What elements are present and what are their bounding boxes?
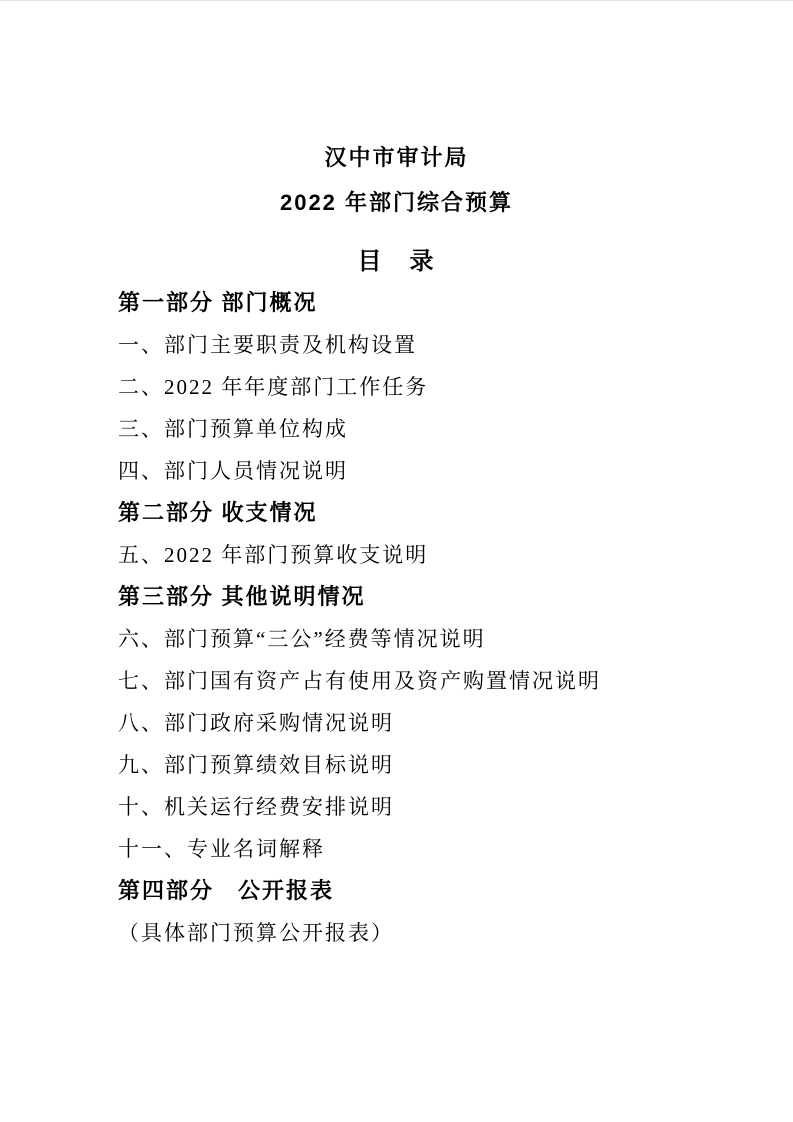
toc-entry: 十、机关运行经费安排说明 xyxy=(118,786,753,828)
toc-section-heading: 第四部分 公开报表 xyxy=(118,870,753,912)
toc-entry: （具体部门预算公开报表） xyxy=(118,912,753,954)
document-page: 汉中市审计局 2022 年部门综合预算 目 录 第一部分 部门概况 一、部门主要… xyxy=(0,0,793,1122)
toc-section-heading: 第三部分 其他说明情况 xyxy=(118,576,753,618)
toc-entry: 六、部门预算“三公”经费等情况说明 xyxy=(118,618,753,660)
toc-entry: 三、部门预算单位构成 xyxy=(118,408,753,450)
toc-entry: 四、部门人员情况说明 xyxy=(118,450,753,492)
toc-entry: 十一、专业名词解释 xyxy=(118,828,753,870)
toc-entry: 九、部门预算绩效目标说明 xyxy=(118,744,753,786)
toc-list: 第一部分 部门概况 一、部门主要职责及机构设置 二、2022 年年度部门工作任务… xyxy=(118,282,753,954)
document-title-budget: 2022 年部门综合预算 xyxy=(0,190,793,216)
toc-heading: 目 录 xyxy=(0,248,793,276)
toc-section-heading: 第二部分 收支情况 xyxy=(118,492,753,534)
toc-section-heading: 第一部分 部门概况 xyxy=(118,282,753,324)
document-title-agency: 汉中市审计局 xyxy=(0,145,793,171)
toc-entry: 二、2022 年年度部门工作任务 xyxy=(118,366,753,408)
toc-entry: 一、部门主要职责及机构设置 xyxy=(118,324,753,366)
toc-entry: 八、部门政府采购情况说明 xyxy=(118,702,753,744)
toc-entry: 五、2022 年部门预算收支说明 xyxy=(118,534,753,576)
toc-entry: 七、部门国有资产占有使用及资产购置情况说明 xyxy=(118,660,753,702)
